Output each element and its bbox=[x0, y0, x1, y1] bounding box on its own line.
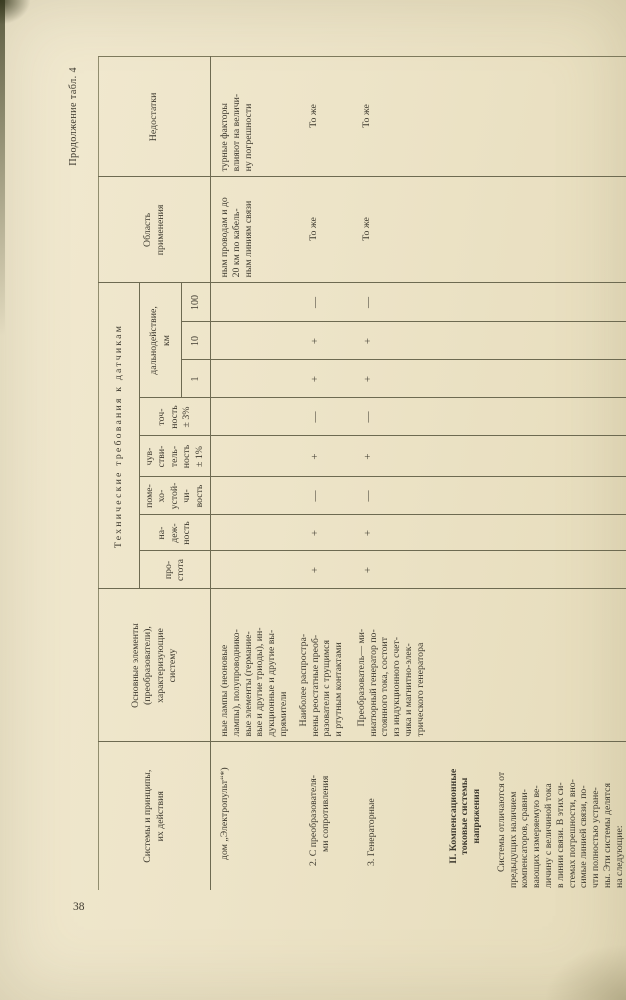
cell-value-accuracy bbox=[430, 398, 626, 436]
cell-value-range-10 bbox=[430, 322, 626, 360]
table-header: Системы и принципы, их действия Основные… bbox=[99, 57, 211, 890]
cell-value-noise-immunity: — bbox=[290, 477, 348, 515]
table-row-resistance-converters: 2. С преобразователя- ми сопротивления Н… bbox=[290, 57, 348, 890]
cell-system: 3. Генераторные bbox=[348, 742, 430, 890]
scanned-book-page: Продолжение табл. 4 Системы и принципы, … bbox=[0, 0, 626, 1000]
cell-value-simplicity: + bbox=[290, 551, 348, 589]
cell-value-range-10: + bbox=[290, 322, 348, 360]
col-header-systems: Системы и принципы, их действия bbox=[99, 742, 211, 890]
cell-value-range-1: + bbox=[290, 360, 348, 398]
cell-value-range-1 bbox=[211, 360, 290, 398]
col-header-noise-immunity: поме- хо- устой- чи- вость bbox=[140, 477, 211, 515]
col-header-simplicity: про- стота bbox=[140, 551, 211, 589]
section-description: Системы отличаются от предыдущих наличие… bbox=[496, 745, 626, 889]
table-row-continuation: дом „Электропульт“*) ные лампы (неоновые… bbox=[211, 57, 290, 890]
col-header-range-100: 100 bbox=[182, 283, 211, 322]
cell-value-reliability bbox=[430, 515, 626, 551]
cell-system: 2. С преобразователя- ми сопротивления bbox=[290, 742, 348, 890]
cell-system: дом „Электропульт“*) bbox=[211, 742, 290, 890]
col-header-application: Область применения bbox=[99, 177, 211, 283]
cell-value-sensitivity bbox=[430, 436, 626, 477]
cell-value-noise-immunity bbox=[211, 477, 290, 515]
cell-value-range-100 bbox=[430, 283, 626, 322]
cell-value-accuracy: — bbox=[348, 398, 430, 436]
scan-artifact-left-edge bbox=[0, 0, 5, 350]
rotated-table-area: Продолжение табл. 4 Системы и принципы, … bbox=[62, 57, 602, 890]
page-number: 38 bbox=[73, 901, 85, 913]
cell-value-range-100: — bbox=[348, 283, 430, 322]
col-group-tech-requirements: Технические требования к датчикам bbox=[99, 283, 140, 589]
col-header-accuracy: точ- ность ± 3% bbox=[140, 398, 211, 436]
cell-system: II. Компенсационные токовые системы напр… bbox=[430, 742, 626, 890]
cell-elements: ные лампы (неоновые лампы), полупроводни… bbox=[211, 589, 290, 742]
col-header-sensitivity: чув- стви- тель- ность ± 1% bbox=[140, 436, 211, 477]
cell-value-range-10: + bbox=[348, 322, 430, 360]
cell-value-range-100 bbox=[211, 283, 290, 322]
col-header-range-1: 1 bbox=[182, 360, 211, 398]
col-header-reliability: на- деж- ность bbox=[140, 515, 211, 551]
cell-drawbacks bbox=[430, 57, 626, 177]
sensors-requirements-table: Системы и принципы, их действия Основные… bbox=[98, 56, 626, 890]
cell-drawbacks: То же bbox=[290, 57, 348, 177]
scan-artifact-top-left-corner bbox=[0, 0, 30, 24]
cell-value-sensitivity bbox=[211, 436, 290, 477]
cell-value-sensitivity: + bbox=[348, 436, 430, 477]
cell-value-accuracy: — bbox=[290, 398, 348, 436]
cell-elements bbox=[430, 589, 626, 742]
col-group-range-km: дальнодействие, км bbox=[140, 283, 182, 398]
cell-value-range-10 bbox=[211, 322, 290, 360]
cell-application: То же bbox=[348, 177, 430, 283]
cell-value-simplicity: + bbox=[348, 551, 430, 589]
col-header-drawbacks: Недостатки bbox=[99, 57, 211, 177]
cell-value-noise-immunity: — bbox=[348, 477, 430, 515]
cell-application: То же bbox=[290, 177, 348, 283]
col-header-elements: Основные элементы (преобразователи), хар… bbox=[99, 589, 211, 742]
cell-value-simplicity bbox=[211, 551, 290, 589]
cell-value-noise-immunity bbox=[430, 477, 626, 515]
cell-value-range-100: — bbox=[290, 283, 348, 322]
cell-application bbox=[430, 177, 626, 283]
cell-drawbacks: турные факторы влияют на величи- ну погр… bbox=[211, 57, 290, 177]
cell-value-range-1 bbox=[430, 360, 626, 398]
cell-elements: Наиболее распростра- нены реостатные пре… bbox=[290, 589, 348, 742]
cell-value-range-1: + bbox=[348, 360, 430, 398]
cell-application: ным проводам и до 20 км по кабель- ным л… bbox=[211, 177, 290, 283]
cell-value-reliability: + bbox=[290, 515, 348, 551]
cell-value-reliability bbox=[211, 515, 290, 551]
table-continuation-caption: Продолжение табл. 4 bbox=[68, 67, 79, 166]
col-header-range-10: 10 bbox=[182, 322, 211, 360]
cell-value-reliability: + bbox=[348, 515, 430, 551]
table-row-generator-systems: 3. Генераторные Преобразователь— ми- ниа… bbox=[348, 57, 430, 890]
header-row-1: Системы и принципы, их действия Основные… bbox=[99, 57, 140, 890]
cell-drawbacks: То же bbox=[348, 57, 430, 177]
cell-value-simplicity bbox=[430, 551, 626, 589]
cell-value-accuracy bbox=[211, 398, 290, 436]
cell-value-sensitivity: + bbox=[290, 436, 348, 477]
cell-elements: Преобразователь— ми- ниатюрный генератор… bbox=[348, 589, 430, 742]
scan-artifact-bottom-right-corner bbox=[546, 945, 626, 1000]
table-body: дом „Электропульт“*) ные лампы (неоновые… bbox=[211, 57, 626, 890]
table-row-compensation-section: II. Компенсационные токовые системы напр… bbox=[430, 57, 626, 890]
section-heading: II. Компенсационные токовые системы напр… bbox=[448, 745, 483, 889]
